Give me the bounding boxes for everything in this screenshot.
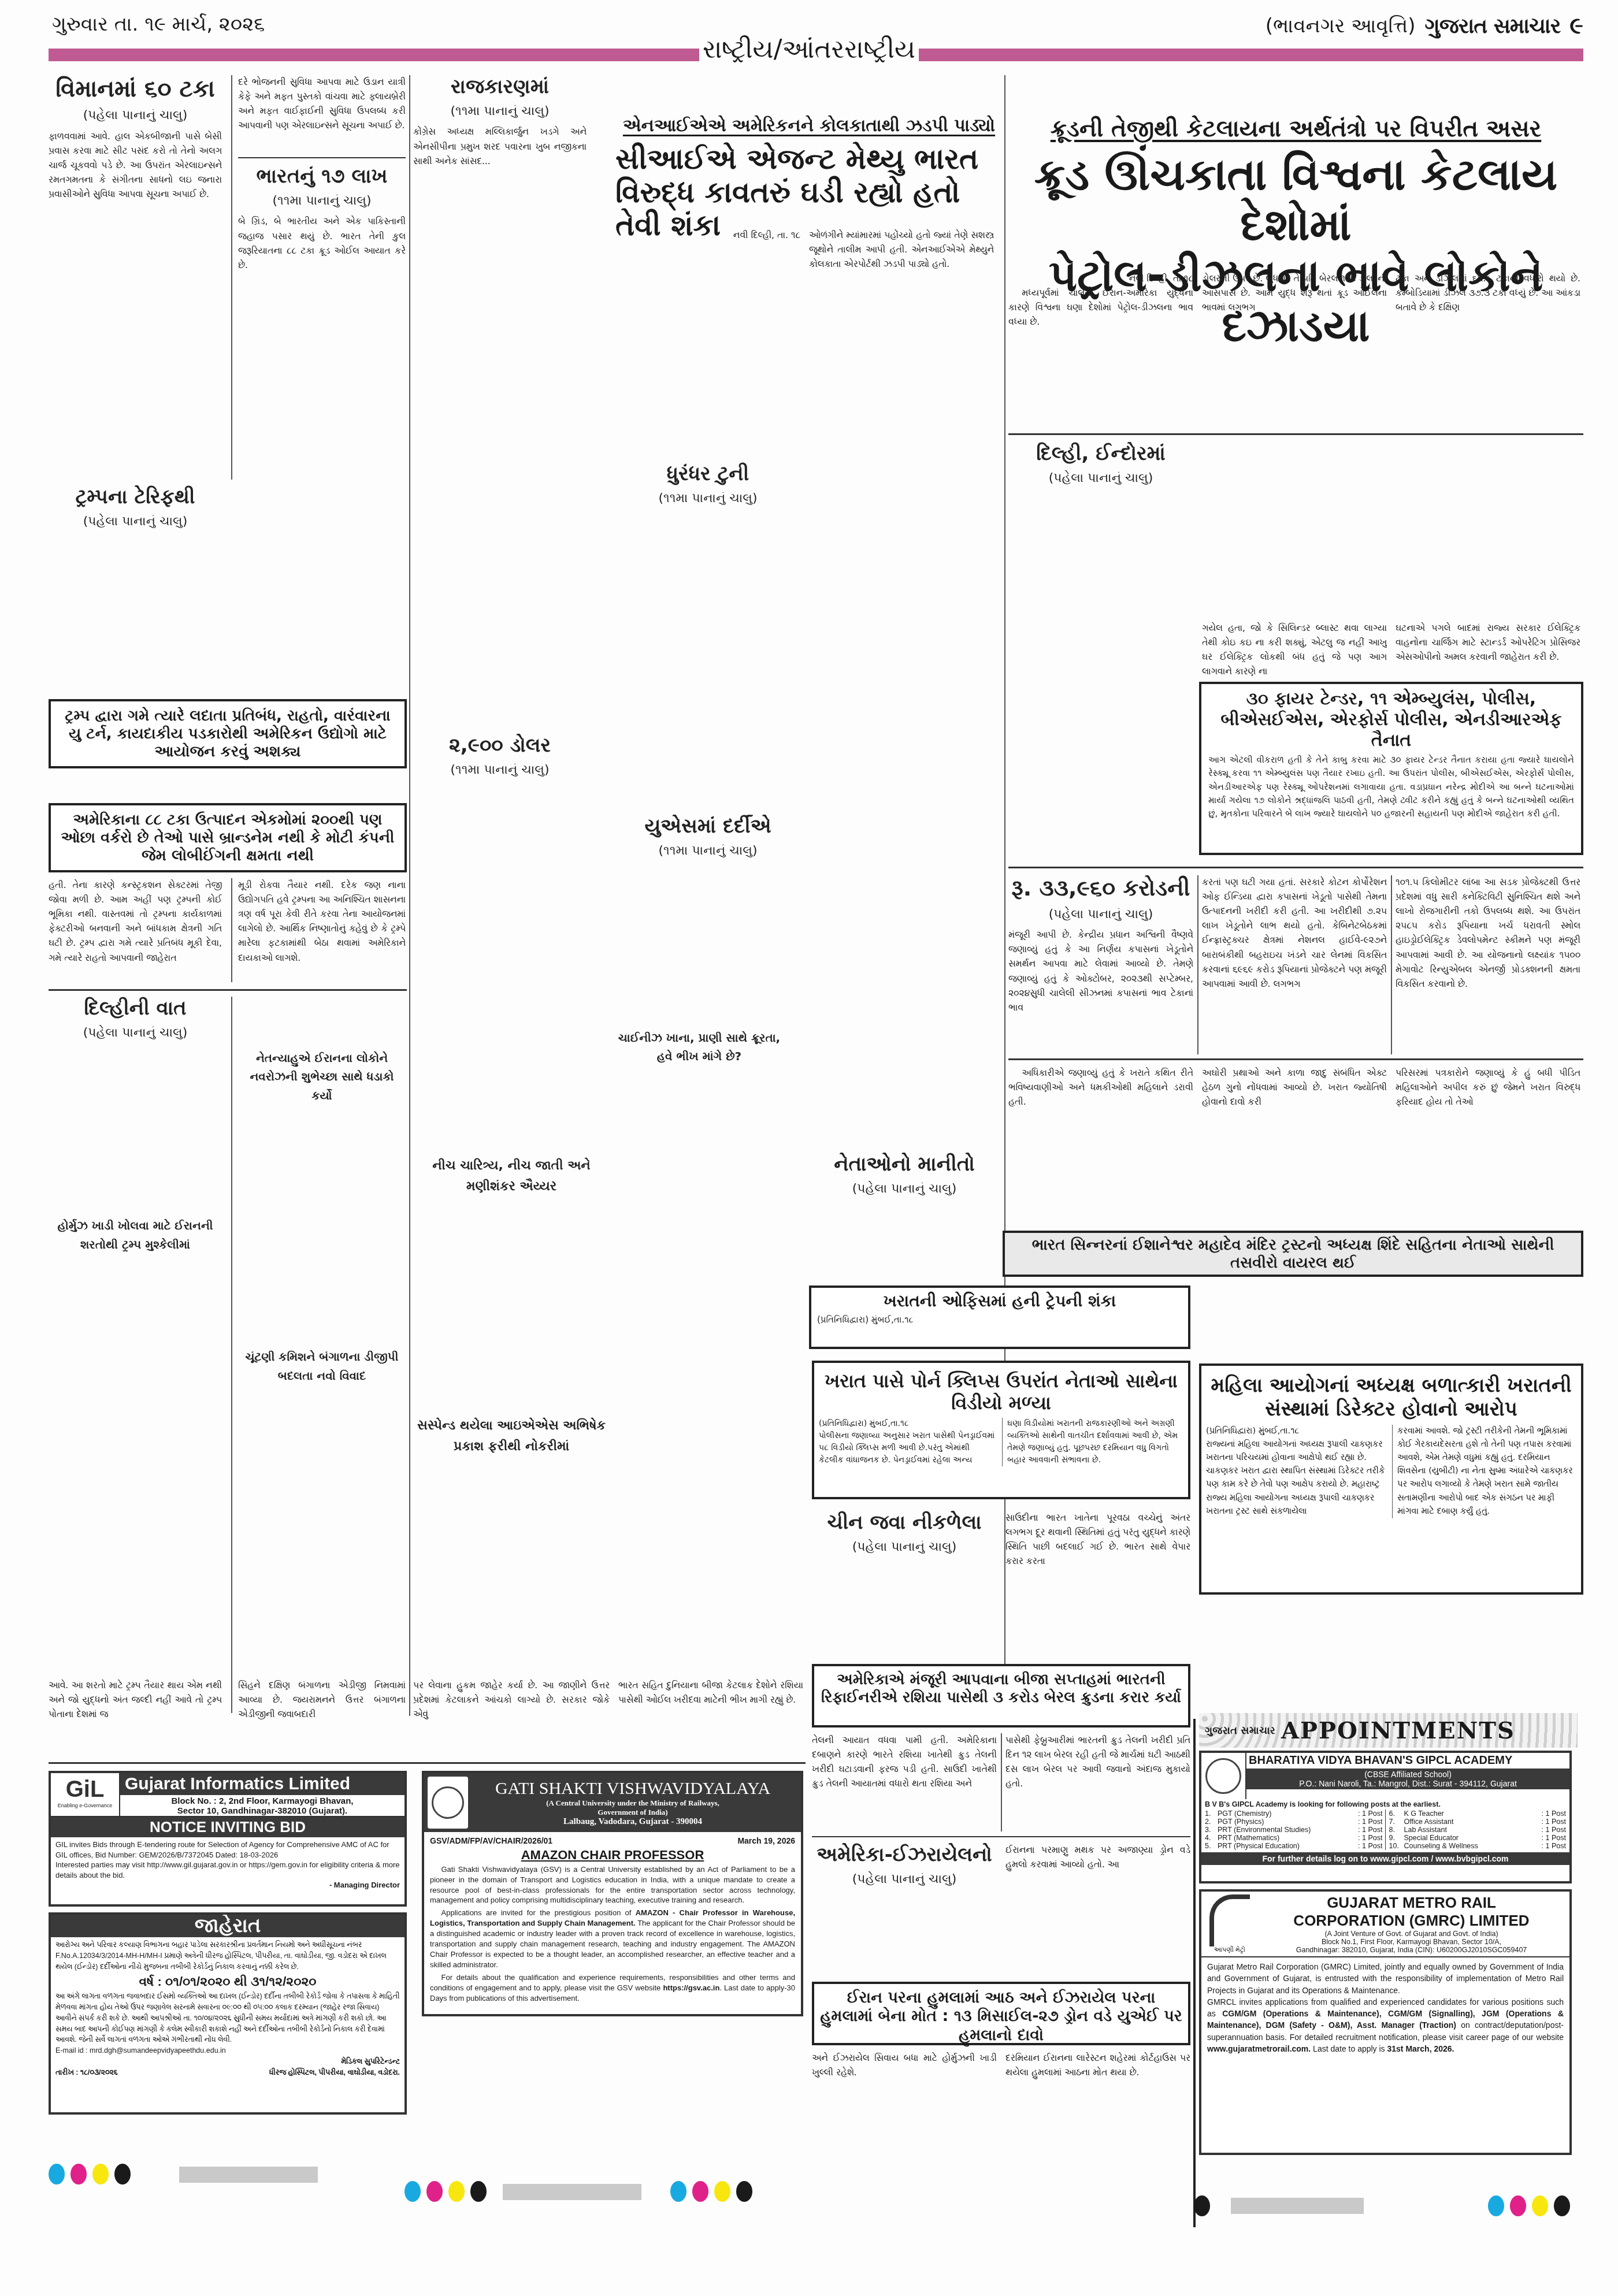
jaherat-title: જાહેરાત [51,1915,404,1937]
gmrc-deadline: 31st March, 2026. [1387,2044,1454,2053]
story-nitish: નીચ ચારિત્ર્ય, નીચ જાતી અને મણીશંકર ઐય્ય… [413,1156,610,1225]
story-body: કરતાં પણ ઘટી ગયા હતાં. સરકારે કોટન કોર્પ… [1202,875,1387,991]
post-name: Counseling & Wellness [1404,1842,1542,1850]
headline: ભારતનું ૧૭ લાખ [238,165,406,188]
subhead: ચૂંટણી કમિશને બંગાળના ડીજીપી બદલતા નવો વ… [238,1347,406,1385]
story-body: મંજૂરી આપી છે. કેન્દ્રીય પ્રધાન અશ્વિની … [1008,928,1193,1015]
headline: રૂ. ૩૩,૯૬૦ કરોડની [1008,875,1193,902]
story-rs33960: રૂ. ૩૩,૯૬૦ કરોડની (પહેલા પાનાનું ચાલુ) મ… [1008,875,1193,1054]
gmrc-address: Block No.1, First Floor, Karmayogi Bhava… [1256,1938,1567,1946]
headline: નેતાઓનો માનીતો [809,1153,1000,1176]
story-body: સિંહને દક્ષિણ બંગાળના એડીજી નિમવામાં આવ્… [238,1678,406,1722]
kharat-col3: પરિસરમાં પત્રકારોને જણાવ્યું કે હું બધી … [1396,1066,1580,1135]
box-body: આગ એટલી વીકરાળ હતી કે તેને કાબુ કરવા માટ… [1201,753,1581,820]
headline: અમેરિકા-ઈઝરાયેલનો [812,1843,997,1867]
magenta-dot-icon [70,2164,87,2184]
story-body: કોંગ્રેસ અધ્યક્ષ મલ્લિકાર્જુન ખડગે અને એ… [413,125,587,168]
jaherat-email: E-mail id : mrd.dgh@sumandeepvidyapeethd… [55,2045,400,2056]
story-bharat17: ભારતનું ૧૭ લાખ (૧૧મા પાનાનું ચાલુ) બે ગ્… [238,165,406,488]
post-count: : 1 Post [1542,1818,1566,1826]
headline: દિલ્હીની વાત [49,997,222,1020]
dateline: નવી દિલ્હી, તા. ૧૮ [615,228,800,243]
column-rule [409,75,410,1716]
story-body: પરિસરમાં પત્રકારોને જણાવ્યું કે હું બધી … [1396,1066,1580,1109]
edition-label: (ભાવનગર આવૃત્તિ) [1266,14,1416,38]
magenta-dot-icon [692,2181,708,2202]
story-body: ૧૦૧.૫ કિલોમીટર લાંબા આ સડક પ્રોજેક્ટથી ઉ… [1396,875,1580,991]
gil-visit: Interested parties may visit http://www.… [55,1860,400,1880]
bvb-address: P.O.: Nani Naroli, Ta.: Mangrol, Dist.: … [1248,1779,1568,1788]
appointments-banner: ગુજરાત સમાચાર APPOINTMENTS [1199,1713,1578,1748]
ad-gmrc: આપણી મેટ્રો GUJARAT METRO RAIL CORPORATI… [1199,1889,1572,2155]
gsv-website-link[interactable]: https://gsv.ac.in [663,1983,719,1992]
headline: સસ્પેન્ડ થયેલા આઇએએસ અભિષેક પ્રકાશ ફરીથી… [413,1416,610,1457]
trump-headline-box: ટ્રમ્પ દ્વારા ગમે ત્યારે લદાતા પ્રતિબંધ,… [49,699,407,768]
headline: દિલ્હી, ઈન્દોરમાં [1008,442,1193,466]
story-body: અઘોરી પ્રથાઓ અને કાળા જાદુ સંબંધિત એક્ટ … [1202,1066,1387,1109]
headline: સીઆઈએ એજન્ટ મેથ્યુ ભારત વિરુદ્ધ કાવતરું … [615,143,1003,243]
story-israel: અમેરિકા-ઈઝરાયેલનો (પહેલા પાનાનું ચાલુ) [812,1843,997,1907]
gmrc-logo-caption: આપણી મેટ્રો [1204,1946,1256,1954]
dateline: (પ્રતિનિધિદ્વારા) મુંબઈ,તા.૧૮ [819,1418,995,1430]
box-headline: અમેરિકાના ૮૮ ટકા ઉત્પાદન એકમોમાં ૨૦૦થી પ… [51,805,404,871]
post-no: 8. [1389,1826,1404,1834]
section-rule [1008,867,1583,868]
gsv-subtitle: Government of India) [468,1808,797,1817]
section-title: રાષ્ટ્રીય/આંતરરાષ્ટ્રીય [699,35,919,64]
gmrc-logo: આપણી મેટ્રો [1204,1894,1256,1954]
continued-label: (૧૧મા પાનાનું ચાલુ) [413,101,587,122]
gil-notice: NOTICE INVITING BID [51,1817,404,1837]
story-body: ઘણા વિડીયોમાં ખરાતની રાજકારણીઓ અને અગ્રણ… [1002,1418,1183,1466]
china-col2: સાઉદીના ભારત ખાતેના પૂરવઠા વચ્ચેનું અંતર… [1005,1511,1190,1626]
kicker: ક્રૂડની તેજીથી કેટલાયના અર્થતંત્રો પર વિ… [1008,116,1583,142]
story-body: દરમિયાન ઈરાનના લારેસ્ટન શહેરમાં કોર્ટહાઉ… [1005,2051,1190,2080]
column-rule [1001,1733,1002,1831]
gsv-emblem-icon [428,1777,468,1829]
post-name: PGT (Physics) [1218,1818,1358,1826]
israel-col2-bottom: દરમિયાન ઈરાનના લારેસ્ટન શહેરમાં કોર્ટહાઉ… [1005,2051,1190,2242]
story-viman-cont: દરે ભોજનની સુવિધા આપવા માટે ઉડાન યાત્રી … [238,75,406,150]
gil-address: Sector 10, Gandhinagar-382010 (Gujarat). [120,1806,404,1816]
grey-scale-bar [179,2167,318,2183]
gil-logo-text: GiL [54,1777,116,1803]
story-body: હતી. તેના કારણે કન્સ્ટ્રકશન સેક્ટરમાં તે… [49,878,222,965]
rule [812,1836,1190,1837]
dateline: નવી દિલ્હી, તા.૧૮ [1008,272,1193,286]
continued-label: (પહેલા પાનાનું ચાલુ) [49,105,222,126]
gil-body: GIL invites Bids through E-tendering rou… [55,1840,400,1860]
registration-marks-left [49,2164,131,2184]
appointments-title: APPOINTMENTS [1281,1717,1515,1744]
story-body: મધ્યપૂર્વમાં ચાલતા ઈરાન-અમેરિકા યુદ્ધના … [1008,286,1193,329]
mahila-ayog-box: મહિલા આયોગનાં અધ્યક્ષ બળાત્કારી ખરાતની સ… [1199,1364,1583,1595]
russia-col2: પાસેથી ફેબ્રુઆરીમાં ભારતની ક્રુડ તેલની ખ… [1005,1733,1190,1831]
headline: ૨,૯૦૦ ડોલર [413,734,587,757]
dilhi-vat-bottom3: પર લેવાના હુકમ જાહેર કર્યા છે. આ જાણીને … [413,1678,610,1725]
story-trump-tariff: ટ્રમ્પના ટેરિફથી (પહેલા પાનાનું ચાલુ) [49,485,222,693]
subhead: હોર્મુઝ ખાડી ખોલવા માટે ઈરાનની શરતોથી ટ્… [49,1216,222,1254]
jaherat-body: આરોગ્ય અને પરિવાર કલ્યાણ વિભાગના બહાર પા… [55,1940,400,1972]
story-body: ઈરાનના પરમાણુ મથક પર અજાણ્યા ડ્રોન વડે હ… [1005,1843,1190,1872]
post-count: : 1 Post [1542,1834,1566,1842]
continued-label: (૧૧મા પાનાનું ચાલુ) [615,841,800,861]
post-count: : 1 Post [1542,1842,1566,1850]
ad-column-rule [1193,1719,1196,2227]
ad-gati-shakti: GATI SHAKTI VISHWAVIDYALAYA (A Central U… [422,1771,803,2016]
bvb-posts-list: 1.PGT (Chemistry): 1 Post 2.PGT (Physics… [1201,1810,1569,1850]
post-name: PRT (Physical Education) [1218,1842,1358,1850]
gil-tagline: Enabling e-Governance [54,1803,116,1808]
jaherat-body: આ અંગે લાગતા વળગતા જવાબદાર ઈસમો વ્યક્તિઓ… [55,1991,400,2045]
column-rule [231,75,232,480]
jaherat-signatory: મેડિકલ સુપરિટેન્ડન્ટ [55,2056,400,2067]
continued-label: (પહેલા પાનાનું ચાલુ) [1008,468,1193,489]
kicker: એનઆઈએએ અમેરિકનને કોલકાતાથી ઝડપી પાડ્યો [615,116,1003,136]
continued-label: (પહેલા પાનાનું ચાલુ) [809,1179,1000,1199]
bvb-post-row: 4.PRT (Mathematics): 1 Post [1205,1834,1383,1842]
post-count: : 1 Post [1358,1810,1382,1818]
porn-clips-box: ખરાત પાસે પોર્ન ક્લિપ્સ ઉપરાંત નેતાઓ સાથ… [812,1361,1190,1499]
post-no: 2. [1205,1818,1218,1826]
jaherat-period: વર્ષ : ૦૧/૦૧/૨૦૨૦ થી ૩૧/૧૨/૨૦૨૦ [55,1972,400,1991]
post-no: 1. [1205,1810,1218,1818]
story-body: પર લેવાના હુકમ જાહેર કર્યા છે. આ જાણીને … [413,1678,610,1722]
gsv-title: GATI SHAKTI VISHWAVIDYALAYA [468,1779,797,1799]
post-name: Lab Assistant [1404,1826,1542,1834]
delhi-indore-col1: ગયેલ હતા, જો કે સિલિન્ડર બ્લાસ્ટ થવા લાગ… [1202,621,1387,685]
page-number: ૯ [1569,13,1583,39]
post-name: PRT (Environmental Studies) [1218,1826,1358,1834]
story-dollar: ૨,૯૦૦ ડોલર (૧૧મા પાનાનું ચાલુ) [413,734,587,803]
story-cia: એનઆઈએએ અમેરિકનને કોલકાતાથી ઝડપી પાડ્યો સ… [615,116,1003,243]
story-dilhi-vat: દિલ્હીની વાત (પહેલા પાનાનું ચાલુ) હોર્મુ… [49,997,222,1678]
continued-label: (પહેલા પાનાનું ચાલુ) [812,1537,997,1558]
gmrc-para: Gujarat Metro Rail Corporation (GMRC) Li… [1207,1961,1564,1996]
cyan-dot-icon [49,2164,65,2184]
box-headline: મહિલા આયોગનાં અધ્યક્ષ બળાત્કારી ખરાતની સ… [1201,1366,1581,1425]
story-rajkaran: રાજકારણમાં (૧૧મા પાનાનું ચાલુ) કોંગ્રેસ … [413,75,587,318]
story-body: ઓળંગીને મ્યાંમારમાં પહોંચ્યો હતો જ્યાં ત… [809,228,994,272]
dateline: (પ્રતિનિધિદ્વારા) મુંબઈ,તા.૧૮ [1206,1425,1385,1438]
headline: યુએસમાં દર્દીએ [615,815,800,838]
story-body: પોલીસના જણાવ્યા અનુસાર ખરાત પાસેથી પેનડ્… [819,1430,995,1466]
story-dilhi-vat-col2: નેતન્યાહુએ ઈરાનના લોકોને નવરોઝની શુભેચ્છ… [238,997,406,1678]
magenta-dot-icon [426,2181,443,2202]
bvb-footer: For further details log on to www.gipcl.… [1201,1852,1569,1865]
registration-marks-mid [404,2181,487,2202]
headline-line1: ક્રૂડ ઊંચકાતા વિશ્વના કેટલાય દેશોમાં [1008,149,1583,250]
dilhi-vat-bottom1: આવે. આ શરતો માટે ટ્રમ્પ તૈયાર થાય એમ નથી… [49,1678,222,1725]
gil-logo: GiL Enabling e-Governance [51,1773,120,1816]
cia-body: ઓળંગીને મ્યાંમારમાં પહોંચ્યો હતો જ્યાં ત… [809,228,994,402]
black-dot-icon [470,2181,487,2202]
trump-col1-end: હતી. તેના કારણે કન્સ્ટ્રકશન સેક્ટરમાં તે… [49,878,222,982]
story-body: ટકા અને ડીઝલમાં ૬૫.૮ ટકાનો વધારો થયો છે.… [1396,272,1580,315]
cyan-dot-icon [404,2181,421,2202]
appointments-brand: ગુજરાત સમાચાર [1199,1725,1281,1737]
continued-label: (પહેલા પાનાનું ચાલુ) [49,511,222,532]
column-rule [231,878,232,982]
kharat-col2: અઘોરી પ્રથાઓ અને કાળા જાદુ સંબંધિત એક્ટ … [1202,1066,1387,1135]
subhead: નેતન્યાહુએ ઈરાનના લોકોને નવરોઝની શુભેચ્છ… [238,1049,406,1105]
bvb-intro: B V B's GIPCL Academy is looking for fol… [1201,1799,1569,1810]
grey-scale-bar [1231,2198,1364,2214]
gmrc-title: GUJARAT METRO RAIL [1256,1894,1567,1912]
fire-tender-box: ૩૦ ફાયર ટેન્ડર, ૧૧ એમ્બ્યુલંસ, પોલીસ, બી… [1199,682,1583,855]
gmrc-jv: (A Joint Venture of Govt. of Gujarat and… [1256,1930,1567,1938]
bvb-post-row: 8.Lab Assistant: 1 Post [1389,1826,1567,1834]
black-dot-icon [1554,2195,1570,2216]
headline: નીચ ચારિત્ર્ય, નીચ જાતી અને મણીશંકર ઐય્ય… [413,1156,610,1197]
box-headline: ૩૦ ફાયર ટેન્ડર, ૧૧ એમ્બ્યુલંસ, પોલીસ, બી… [1201,684,1581,753]
jaherat-hospital: ધીરજ હોસ્પિટલ, પીપરીયા, વાઘોડીયા, વડોદરા… [269,2067,400,2078]
masthead-right: (ભાવનગર આવૃત્તિ) ગુજરાત સમાચાર ૯ [1266,13,1583,39]
story-body: ડોલરની ઉપર છે. બુધવારે તે પ્રતિ બેરલ ૧૦૪… [1202,272,1387,315]
gsv-address: Lalbaug, Vadodara, Gujarat - 390004 [468,1817,797,1827]
gil-address: Block No. : 2, 2nd Floor, Karmayogi Bhav… [120,1795,404,1806]
section-band-left [49,49,699,61]
post-no: 3. [1205,1826,1218,1834]
box-headline: ઈરાન પરના હુમલામાં આઠ અને ઈઝરાયેલ પરના હ… [814,1984,1188,2049]
section-rule [1008,433,1583,435]
post-no: 10. [1389,1842,1404,1850]
grey-scale-bar [503,2184,641,2200]
crude-col1: નવી દિલ્હી, તા.૧૮ મધ્યપૂર્વમાં ચાલતા ઈરા… [1008,272,1193,422]
rule [238,157,406,158]
story-body: કરવામાં આવશે. જો ટ્રસ્ટી તરીકેની તેમની ભ… [1392,1425,1576,1518]
story-body: રાજ્યનાં મહિલા આયોગનાં અધ્યક્ષ રૂપાલી ચા… [1206,1438,1385,1518]
rs33960-col2: કરતાં પણ ઘટી ગયા હતાં. સરકારે કોટન કોર્પ… [1202,875,1387,1054]
headline: વિમાનમાં ૬૦ ટકા [49,75,222,103]
black-dot-icon [114,2164,131,2184]
trump-col2-end: મૂડી રોકવા તૈયાર નથી. દરેક જણ નાના ઉદ્યો… [238,878,406,982]
headline: ચાઈનીઝ ખાના, પ્રાણી સાથે ક્રૂરતા, હવે ભી… [613,1028,786,1066]
post-no: 9. [1389,1834,1404,1842]
story-netao: નેતાઓનો માનીતો (પહેલા પાનાનું ચાલુ) [809,1153,1000,1210]
dateline: (પ્રતિનિધિદ્વારા) મુંબઈ,તા.૧૮ [811,1314,1188,1325]
black-dot-icon [1194,2195,1210,2216]
section-rule [49,989,407,991]
column-rule [231,997,232,1713]
ads-divider [49,1762,806,1764]
cyan-dot-icon [670,2181,686,2202]
gil-signoff: - Managing Director [55,1880,400,1890]
story-body: સાઉદીના ભારત ખાતેના પૂરવઠા વચ્ચેનું અંતર… [1005,1511,1190,1569]
continued-label: (૧૧મા પાનાનું ચાલુ) [413,760,587,781]
story-dhurandhar: ધુરંધર ટુની (૧૧મા પાનાનું ચાલુ) [615,462,800,532]
headline: ટ્રમ્પના ટેરિફથી [49,485,222,509]
cia-dateline: નવી દિલ્હી, તા. ૧૮ [615,228,800,402]
yellow-dot-icon [1532,2195,1548,2216]
iran-attack-box: ઈરાન પરના હુમલામાં આઠ અને ઈઝરાયેલ પરના હ… [812,1982,1190,2045]
post-count: : 1 Post [1358,1834,1382,1842]
post-name: Office Assistant [1404,1818,1542,1826]
gil-title: Gujarat Informatics Limited [120,1773,404,1795]
registration-mark-black [1194,2195,1210,2216]
dilhi-vat-bottom2: સિંહને દક્ષિણ બંગાળના એડીજી નિમવામાં આવ્… [238,1678,406,1725]
continued-label: (૧૧મા પાનાનું ચાલુ) [238,191,406,211]
ad-jaherat: જાહેરાત આરોગ્ય અને પરિવાર કલ્યાણ વિભાગના… [49,1912,407,2115]
headline: રાજકારણમાં [413,75,587,99]
story-body: તેલની આયાત વધવા પામી હતી. અમેરિકાના દબાણ… [812,1733,997,1791]
post-no: 4. [1205,1834,1218,1842]
story-body: બે ગ્રિડ, બે ભારતીય અને એક પાકિસ્તાની જહ… [238,214,406,272]
column-rule [1391,875,1392,1054]
bvb-post-row: 6.K G Teacher: 1 Post [1389,1810,1567,1818]
newspaper-brand: ગુજરાત સમાચાર [1425,14,1561,39]
registration-marks-mid2 [670,2181,752,2202]
ad-bvb-gipcl: BHARATIYA VIDYA BHAVAN'S GIPCL ACADEMY (… [1199,1751,1572,1883]
story-viman: વિમાનમાં ૬૦ ટકા (પહેલા પાનાનું ચાલુ) ફાળ… [49,75,222,399]
section-rule [1008,1058,1583,1060]
bvb-post-row: 1.PGT (Chemistry): 1 Post [1205,1810,1383,1818]
russia-col1: તેલની આયાત વધવા પામી હતી. અમેરિકાના દબાણ… [812,1733,997,1831]
continued-label: (પહેલા પાનાનું ચાલુ) [812,1869,997,1890]
bvb-post-row: 3.PRT (Environmental Studies): 1 Post [1205,1826,1383,1834]
story-body: મૂડી રોકવા તૈયાર નથી. દરેક જણ નાના ઉદ્યો… [238,878,406,965]
box-headline: ખરાતની ઓફિસમાં હની ટ્રેપની શંકા [811,1288,1188,1314]
issue-date: ગુરુવાર તા. ૧૯ માર્ચ, ૨૦૨૬ [52,13,265,36]
gsv-date: March 19, 2026 [737,1836,795,1847]
story-body: પાસેથી ફેબ્રુઆરીમાં ભારતની ક્રુડ તેલની ખ… [1005,1733,1190,1791]
column-rule [1197,875,1198,1054]
box-headline: ભારત સિન્નરનાં ઈશાનેશ્વર મહાદેવ મંદિર ટ્… [1005,1233,1581,1276]
story-body: ઘટનાએ પગલે બાદમાં રાજ્ય સરકાર ઈલેક્ટ્રિક… [1396,621,1580,664]
box-headline: ખરાત પાસે પોર્ન ક્લિપ્સ ઉપરાંત નેતાઓ સાથ… [814,1363,1188,1418]
post-name: K G Teacher [1404,1810,1542,1818]
post-no: 7. [1389,1818,1404,1826]
continued-label: (૧૧મા પાનાનું ચાલુ) [615,488,800,509]
story-body: દરે ભોજનની સુવિધા આપવા માટે ઉડાન યાત્રી … [238,75,406,133]
post-count: : 1 Post [1542,1826,1566,1834]
black-dot-icon [736,2181,752,2202]
kharat-col1: અધિકારીએ જણાવ્યું હતું કે ખરાતે કથિત રીત… [1008,1066,1193,1135]
story-suspend: સસ્પેન્ડ થયેલા આઇએએસ અભિષેક પ્રકાશ ફરીથી… [413,1416,610,1473]
box-headline: અમેરિકાએ મંજૂરી આપવાના બીજા સપ્તાહમાં ભા… [814,1666,1188,1711]
yellow-dot-icon [448,2181,465,2202]
gsv-para: Gati Shakti Vishwavidyalaya (GSV) is a C… [430,1864,795,1906]
delhi-indore-col2: ઘટનાએ પગલે બાદમાં રાજ્ય સરકાર ઈલેક્ટ્રિક… [1396,621,1580,685]
gmrc-address: Gandhinagar: 382010, Gujarat, India (CIN… [1256,1946,1567,1954]
story-body: અધિકારીએ જણાવ્યું હતું કે ખરાતે કથિત રીત… [1008,1066,1193,1109]
headline: ધુરંધર ટુની [615,462,800,486]
continued-label: (પહેલા પાનાનું ચાલુ) [1008,904,1193,925]
gmrc-title: CORPORATION (GMRC) LIMITED [1256,1912,1567,1930]
post-count: : 1 Post [1358,1842,1382,1850]
story-trump-bhikh: ચાઈનીઝ ખાના, પ્રાણી સાથે ક્રૂરતા, હવે ભી… [613,1028,786,1086]
bvb-post-row: 7.Office Assistant: 1 Post [1389,1818,1567,1826]
story-body: ગયેલ હતા, જો કે સિલિન્ડર બ્લાસ્ટ થવા લાગ… [1202,621,1387,679]
metro-train-icon [1209,1894,1250,1946]
bvb-post-row: 10.Counseling & Wellness: 1 Post [1389,1842,1567,1850]
kharat-office-box: ખરાતની ઓફિસમાં હની ટ્રેપની શંકા (પ્રતિનિ… [809,1286,1190,1349]
story-body: અને ઈઝરાયેલ સિવાય બધા માટે હોર્મુઝની ખાડ… [812,2051,997,2080]
rs33960-col3: ૧૦૧.૫ કિલોમીટર લાંબા આ સડક પ્રોજેક્ટથી ઉ… [1396,875,1580,1054]
story-body: આવે. આ શરતો માટે ટ્રમ્પ તૈયાર થાય એમ નથી… [49,1678,222,1722]
post-name: PRT (Mathematics) [1218,1834,1358,1842]
cyan-dot-icon [1488,2195,1504,2216]
post-count: : 1 Post [1358,1818,1382,1826]
ad-gujarat-informatics: GiL Enabling e-Governance Gujarat Inform… [49,1771,407,1907]
post-count: : 1 Post [1542,1810,1566,1818]
bvb-affiliation: (CBSE Affiliated School) [1248,1770,1568,1779]
post-name: PGT (Chemistry) [1218,1810,1358,1818]
gsv-heading: AMAZON CHAIR PROFESSOR [430,1847,795,1864]
trimbak-headline-box: ભારત સિન્નરનાં ઈશાનેશ્વર મહાદેવ મંદિર ટ્… [1003,1231,1583,1277]
registration-marks-right [1488,2195,1570,2216]
dilhi-vat-bottom4: ભારત સહિત દુનિયાના બીજા કેટલાક દેશોને રશ… [618,1678,803,1725]
gsv-para: Applications are invited for the prestig… [441,1908,636,1917]
bvb-post-row: 9.Special Educator: 1 Post [1389,1834,1567,1842]
gmrc-para: Last date to apply is [1311,2044,1387,2053]
box-headline: ટ્રમ્પ દ્વારા ગમે ત્યારે લદાતા પ્રતિબંધ,… [51,701,404,767]
story-delhi-indore: દિલ્હી, ઈન્દોરમાં (પહેલા પાનાનું ચાલુ) [1008,442,1193,615]
yellow-dot-icon [714,2181,730,2202]
section-band-right [919,49,1583,61]
russia-crude-box: અમેરિકાએ મંજૂરી આપવાના બીજા સપ્તાહમાં ભા… [812,1664,1190,1727]
bvb-emblem-icon [1201,1753,1246,1799]
israel-col2: ઈરાનના પરમાણુ મથક પર અજાણ્યા ડ્રોન વડે હ… [1005,1843,1190,1959]
bvb-title: BHARATIYA VIDYA BHAVAN'S GIPCL ACADEMY [1246,1753,1569,1769]
post-name: Special Educator [1404,1834,1542,1842]
bvb-post-row: 5.PRT (Physical Education): 1 Post [1205,1842,1383,1850]
post-no: 5. [1205,1842,1218,1850]
story-body: ભારત સહિત દુનિયાના બીજા કેટલાક દેશોને રશ… [618,1678,803,1707]
gmrc-website-link[interactable]: www.gujaratmetrorail.com. [1207,2044,1311,2053]
crude-col2: ડોલરની ઉપર છે. બુધવારે તે પ્રતિ બેરલ ૧૦૪… [1202,272,1387,422]
story-china: ચીન જવા નીકળેલા (પહેલા પાનાનું ચાલુ) [812,1511,997,1626]
gsv-subtitle: (A Central University under the Ministry… [468,1799,797,1808]
story-uae: યુએસમાં દર્દીએ (૧૧મા પાનાનું ચાલુ) [615,815,800,884]
continued-label: (પહેલા પાનાનું ચાલુ) [49,1023,222,1043]
crude-col3: ટકા અને ડીઝલમાં ૬૫.૮ ટકાનો વધારો થયો છે.… [1396,272,1580,422]
jaherat-date: તારીખ : ૧૮/૦૩/૨૦૨૬ [55,2067,118,2078]
headline: ચીન જવા નીકળેલા [812,1511,997,1535]
post-no: 6. [1389,1810,1404,1818]
israel-col1-bottom: અને ઈઝરાયેલ સિવાય બધા માટે હોર્મુઝની ખાડ… [812,2051,997,2242]
yellow-dot-icon [92,2164,109,2184]
post-count: : 1 Post [1358,1826,1382,1834]
gsv-ref: GSV/ADM/FP/AV/CHAIR/2026/01 [430,1836,552,1847]
story-body: ફાળવવામાં આવે. હાલ એકબીજાની પાસે બેસી પ્… [49,129,222,202]
magenta-dot-icon [1510,2195,1526,2216]
us-industry-headline-box: અમેરિકાના ૮૮ ટકા ઉત્પાદન એકમોમાં ૨૦૦થી પ… [49,803,407,872]
bvb-post-row: 2.PGT (Physics): 1 Post [1205,1818,1383,1826]
